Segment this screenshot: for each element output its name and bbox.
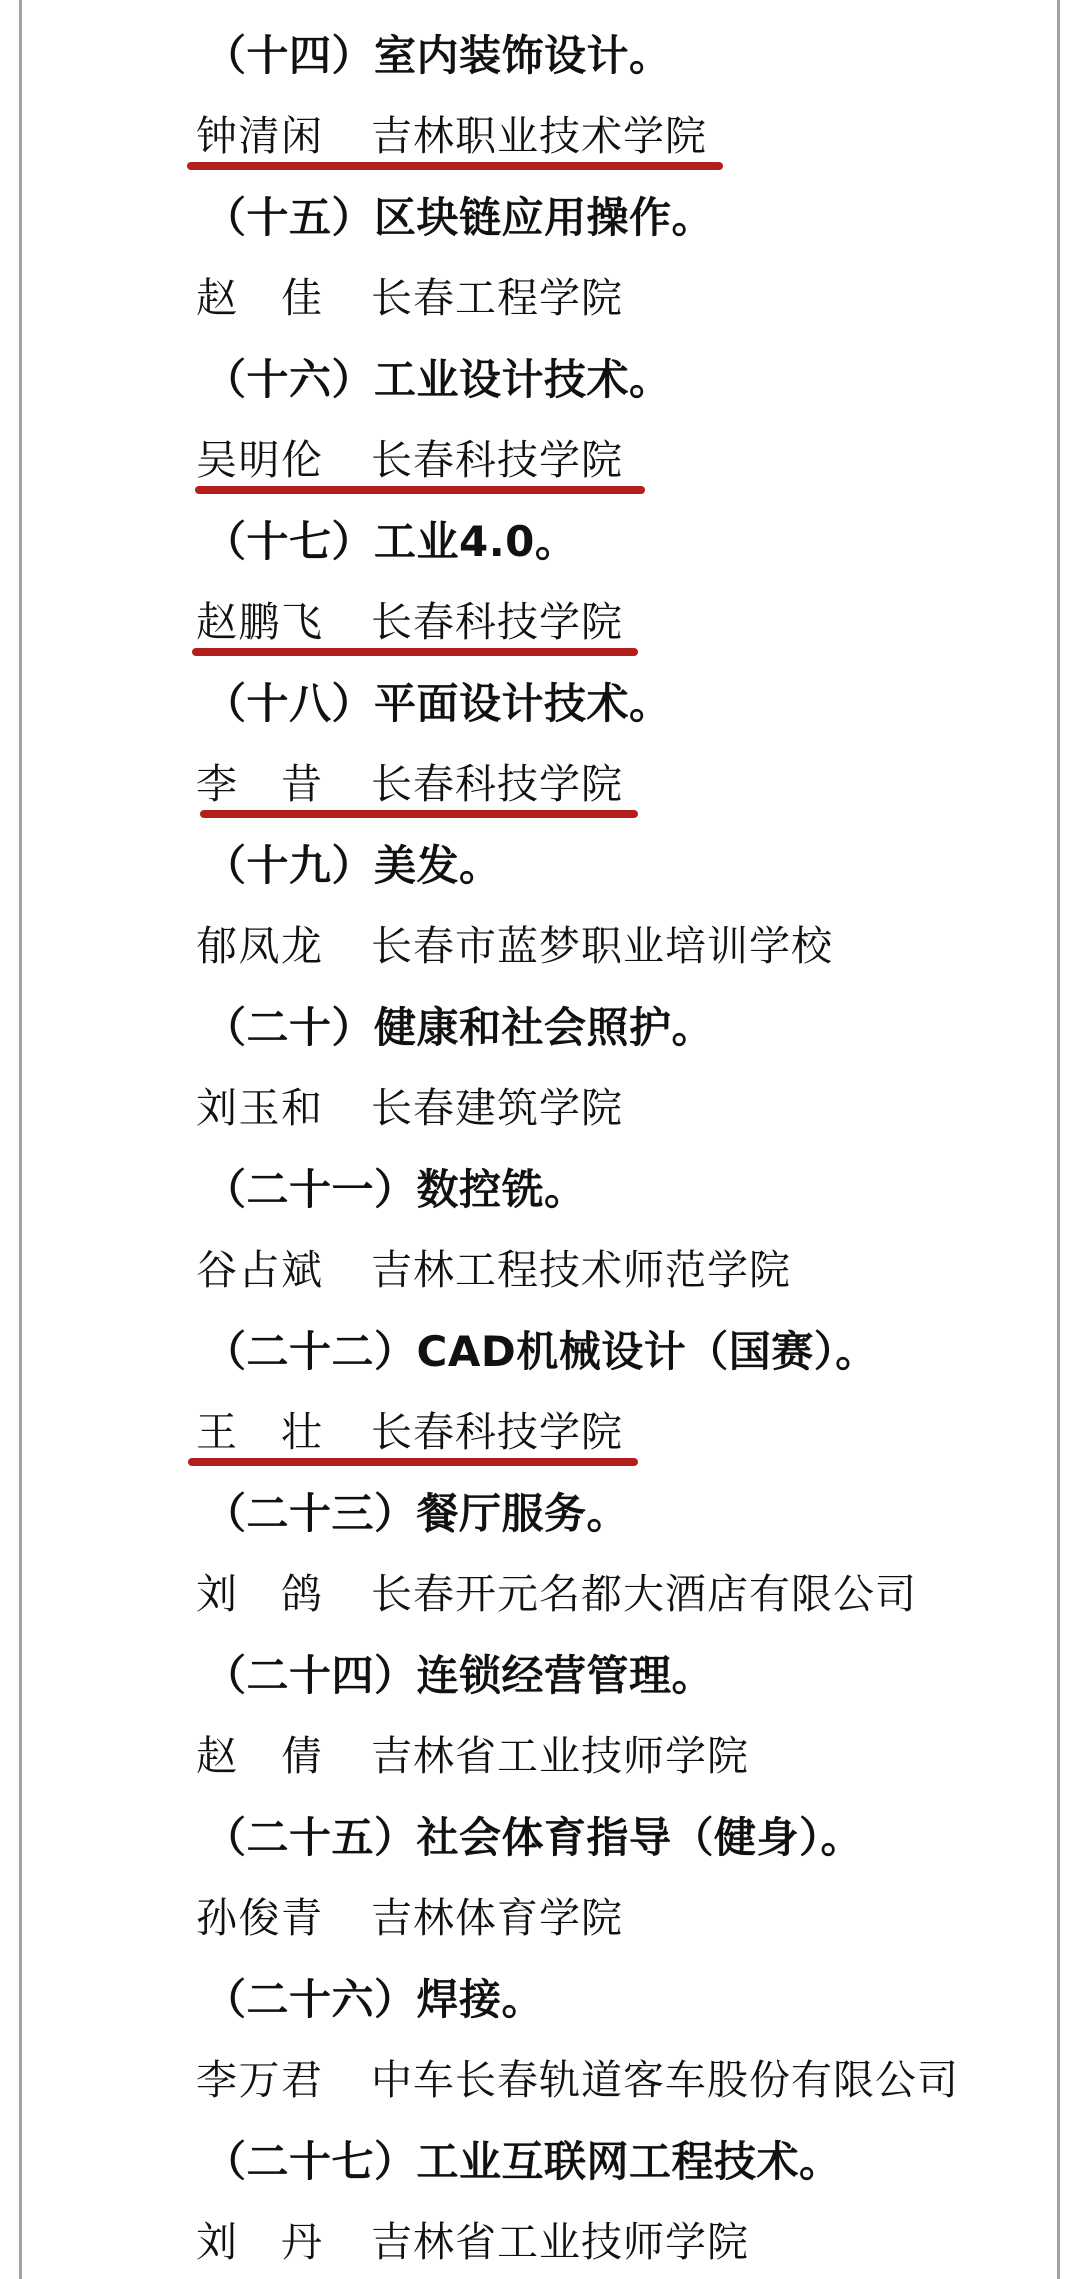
winner-institution: 吉林体育学院 [371, 1878, 623, 1959]
category-heading-row: （十九）美发。 [0, 825, 1080, 906]
winner-name: 刘丹 [196, 2202, 322, 2279]
category-heading-row: （二十）健康和社会照护。 [0, 987, 1080, 1068]
category-heading-row: （十四）室内装饰设计。 [0, 15, 1080, 96]
red-highlight-underline [200, 810, 638, 818]
winner-institution: 长春工程学院 [371, 258, 623, 339]
winner-institution: 长春开元名都大酒店有限公司 [371, 1554, 917, 1635]
category-heading: （二十七）工业互联网工程技术。 [204, 2121, 842, 2202]
winner-name-char: 刘 [196, 1554, 237, 1635]
winner-name-char: 刘 [196, 2202, 237, 2279]
winner-name: 赵倩 [196, 1716, 322, 1797]
winner-name-char: 龙 [281, 906, 322, 987]
category-heading: （二十六）焊接。 [204, 1959, 544, 2040]
winner-name-char: 玉 [239, 1068, 280, 1149]
winner-institution: 中车长春轨道客车股份有限公司 [371, 2040, 959, 2121]
category-heading: （二十二）CAD机械设计（国赛）。 [204, 1311, 878, 1392]
winner-row: 谷占斌吉林工程技术师范学院 [0, 1230, 1080, 1311]
category-heading: （十七）工业4.0。 [204, 501, 577, 582]
winner-name-char: 丹 [281, 2202, 322, 2279]
category-heading-row: （十八）平面设计技术。 [0, 663, 1080, 744]
winner-name-char: 俊 [239, 1878, 280, 1959]
winner-institution: 长春市蓝梦职业培训学校 [371, 906, 833, 987]
winner-name-char: 李 [196, 2040, 237, 2121]
category-heading-row: （二十六）焊接。 [0, 1959, 1080, 2040]
winner-name: 李万君 [196, 2040, 322, 2121]
category-heading-row: （二十二）CAD机械设计（国赛）。 [0, 1311, 1080, 1392]
category-heading: （二十四）连锁经营管理。 [204, 1635, 714, 1716]
winner-row: 孙俊青吉林体育学院 [0, 1878, 1080, 1959]
winner-institution: 长春建筑学院 [371, 1068, 623, 1149]
winner-name-char: 凤 [239, 906, 280, 987]
category-heading: （二十一）数控铣。 [204, 1149, 587, 1230]
category-heading-row: （二十五）社会体育指导（健身）。 [0, 1797, 1080, 1878]
winner-name: 刘鸽 [196, 1554, 322, 1635]
red-highlight-underline [187, 162, 723, 170]
winner-row: 刘鸽长春开元名都大酒店有限公司 [0, 1554, 1080, 1635]
winner-row: 刘玉和长春建筑学院 [0, 1068, 1080, 1149]
category-heading: （十五）区块链应用操作。 [204, 177, 714, 258]
winner-name-char: 赵 [196, 1716, 237, 1797]
winner-name: 郁凤龙 [196, 906, 322, 987]
winner-institution: 吉林省工业技师学院 [371, 2202, 749, 2279]
category-heading: （十六）工业设计技术。 [204, 339, 672, 420]
category-heading-row: （二十七）工业互联网工程技术。 [0, 2121, 1080, 2202]
winner-row: 赵佳长春工程学院 [0, 258, 1080, 339]
red-highlight-underline [192, 648, 638, 656]
winner-name: 赵佳 [196, 258, 322, 339]
winner-row: 李万君中车长春轨道客车股份有限公司 [0, 2040, 1080, 2121]
winner-row: 郁凤龙长春市蓝梦职业培训学校 [0, 906, 1080, 987]
category-heading: （二十）健康和社会照护。 [204, 987, 714, 1068]
winner-name-char: 刘 [196, 1068, 237, 1149]
winner-institution: 吉林省工业技师学院 [371, 1716, 749, 1797]
winner-name-char: 君 [281, 2040, 322, 2121]
winner-name-char: 占 [239, 1230, 280, 1311]
winner-name-char: 和 [281, 1068, 322, 1149]
category-heading: （二十三）餐厅服务。 [204, 1473, 629, 1554]
category-heading: （十八）平面设计技术。 [204, 663, 672, 744]
winner-name-char: 郁 [196, 906, 237, 987]
winner-name-char: 佳 [281, 258, 322, 339]
winner-name: 刘玉和 [196, 1068, 322, 1149]
category-heading: （二十五）社会体育指导（健身）。 [204, 1797, 863, 1878]
red-highlight-underline [195, 486, 645, 494]
category-heading-row: （二十三）餐厅服务。 [0, 1473, 1080, 1554]
category-heading-row: （十六）工业设计技术。 [0, 339, 1080, 420]
red-highlight-underline [188, 1458, 638, 1466]
winner-name-char: 倩 [281, 1716, 322, 1797]
winner-name-char: 鸽 [281, 1554, 322, 1635]
winner-name: 孙俊青 [196, 1878, 322, 1959]
winner-name-char: 青 [281, 1878, 322, 1959]
winner-name-char: 孙 [196, 1878, 237, 1959]
winner-institution: 吉林工程技术师范学院 [371, 1230, 791, 1311]
category-heading-row: （二十四）连锁经营管理。 [0, 1635, 1080, 1716]
category-heading-row: （二十一）数控铣。 [0, 1149, 1080, 1230]
winner-name-char: 谷 [196, 1230, 237, 1311]
category-heading-row: （十七）工业4.0。 [0, 501, 1080, 582]
category-heading: （十九）美发。 [204, 825, 502, 906]
winner-name: 谷占斌 [196, 1230, 322, 1311]
winner-name-char: 万 [239, 2040, 280, 2121]
winner-name-char: 斌 [281, 1230, 322, 1311]
winner-row: 赵倩吉林省工业技师学院 [0, 1716, 1080, 1797]
category-heading: （十四）室内装饰设计。 [204, 15, 672, 96]
winner-row: 刘丹吉林省工业技师学院 [0, 2202, 1080, 2279]
winner-name-char: 赵 [196, 258, 237, 339]
category-heading-row: （十五）区块链应用操作。 [0, 177, 1080, 258]
